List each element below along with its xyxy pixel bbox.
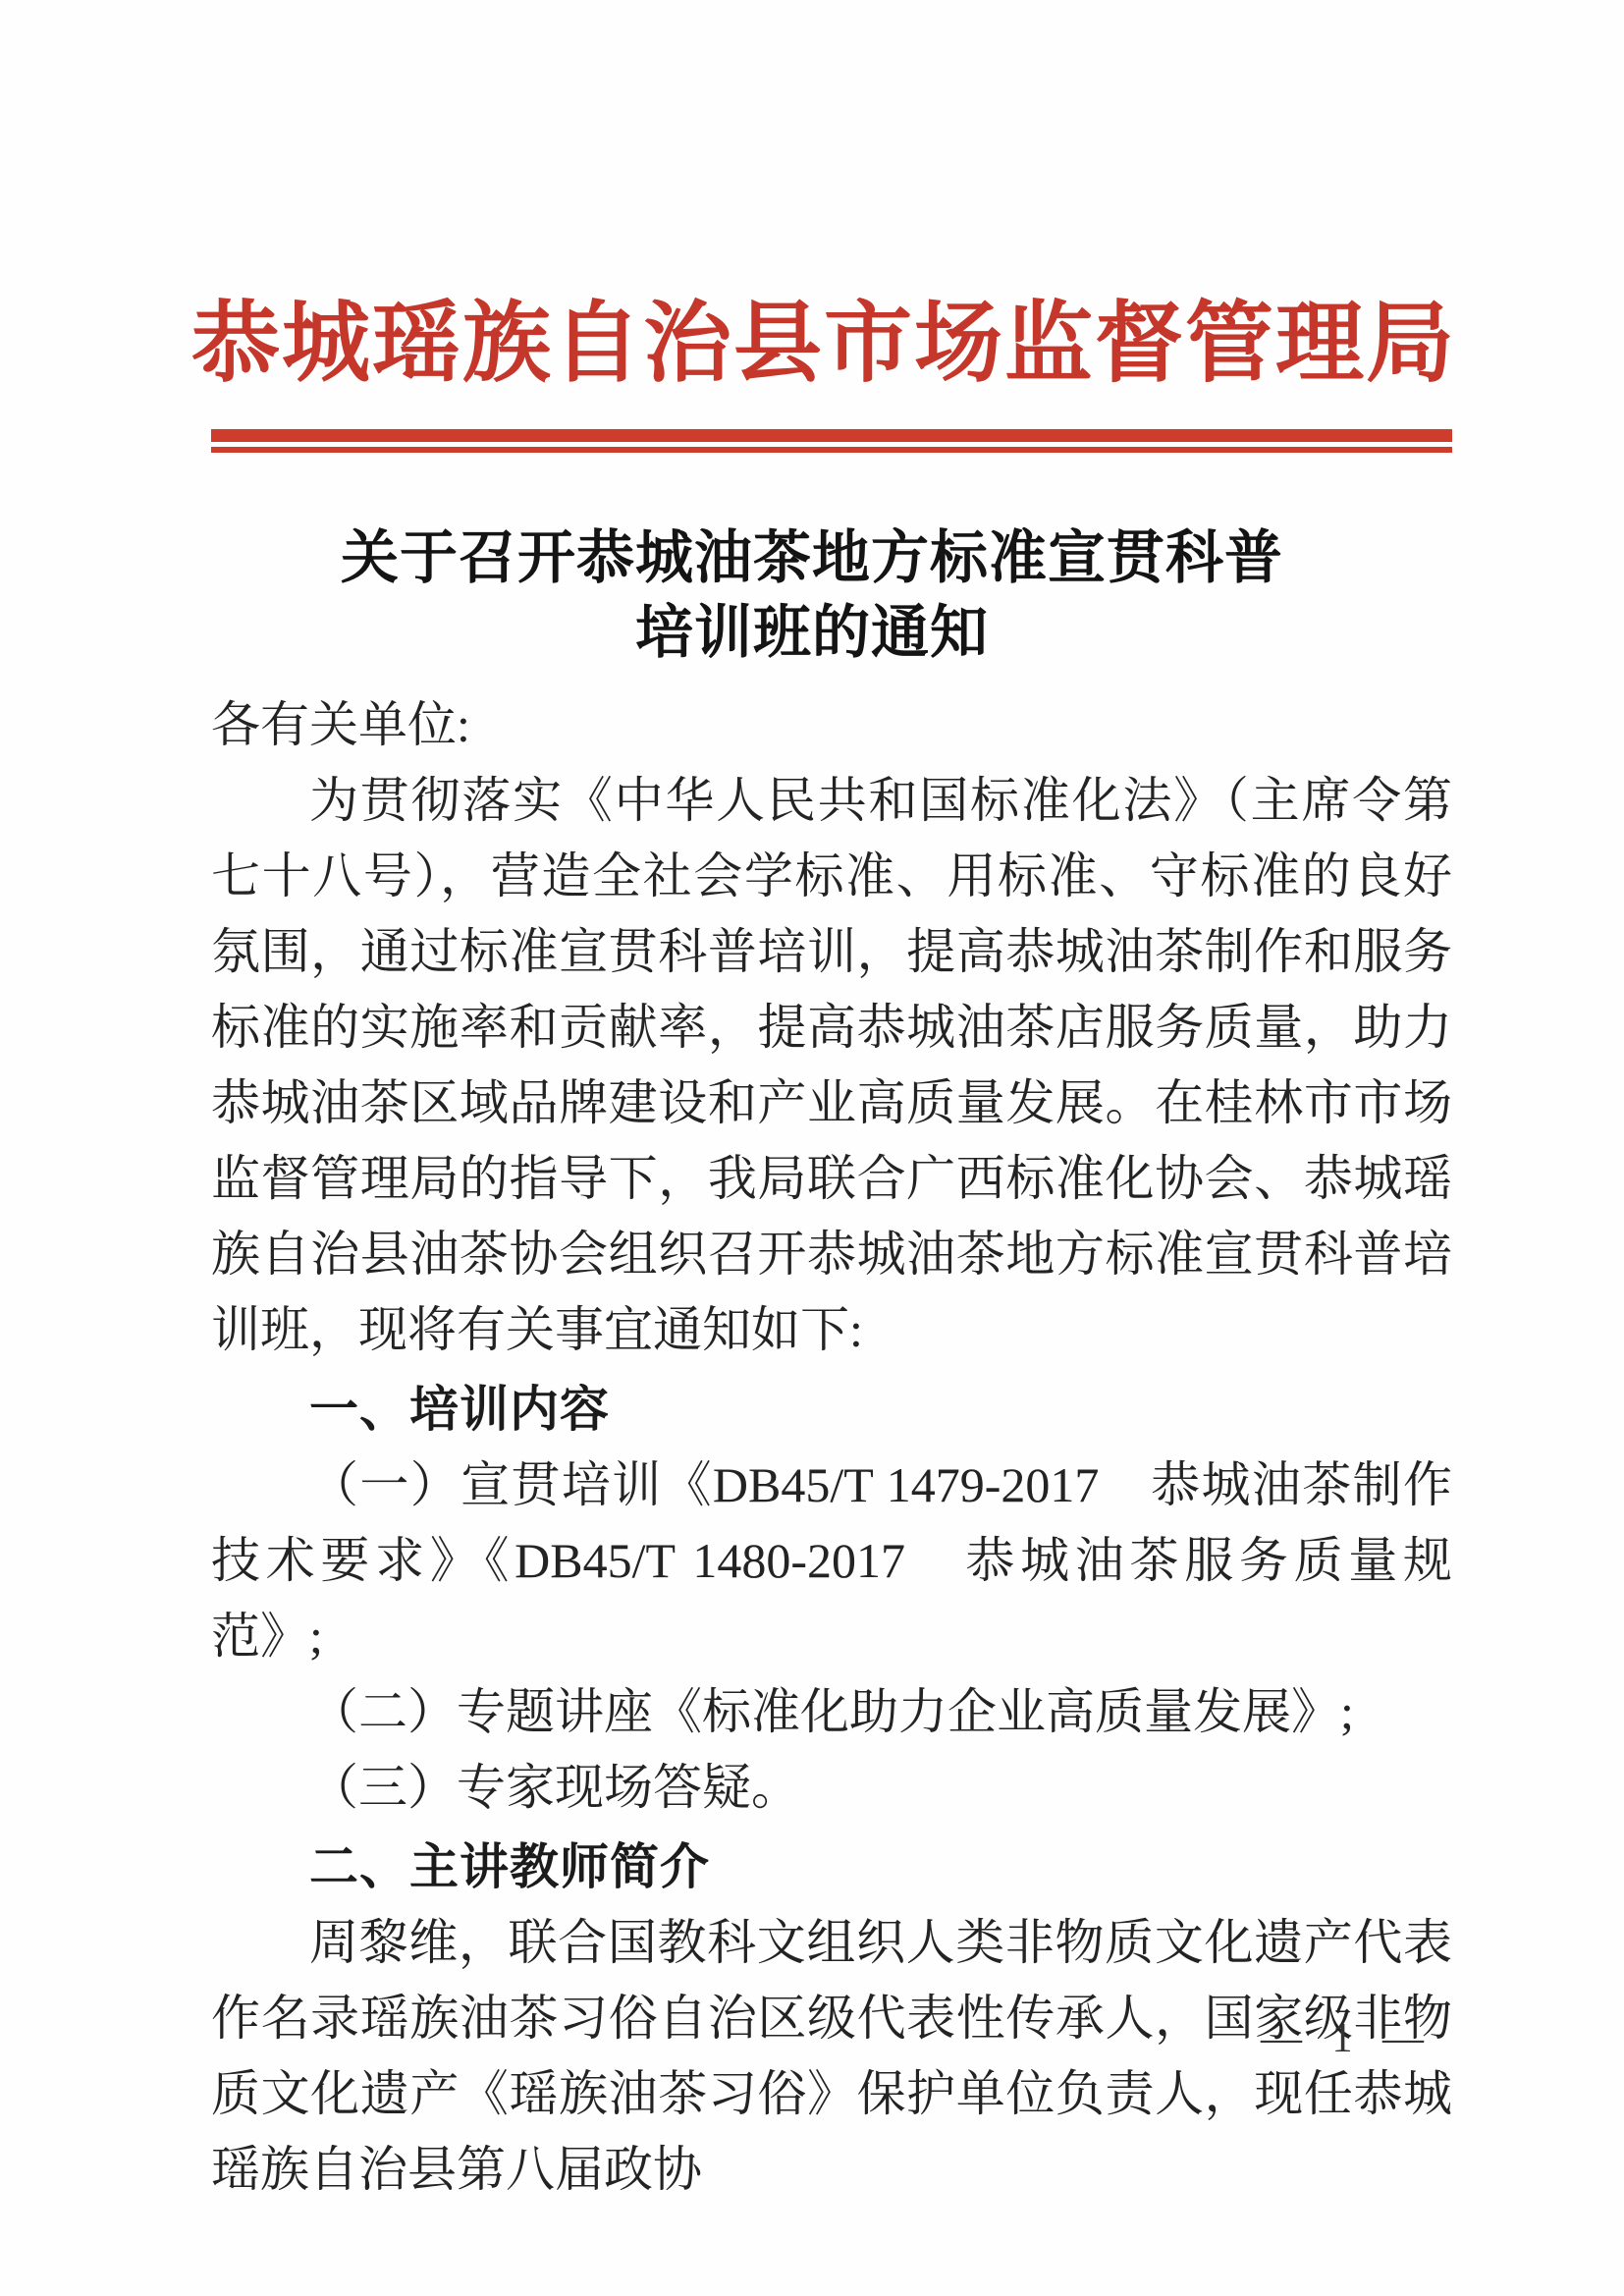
agency-letterhead: 恭城瑶族自治县市场监督管理局 — [191, 291, 1433, 399]
training-item-2: （二）专题讲座《标准化助力企业高质量发展》; — [211, 1674, 1452, 1750]
document-title: 关于召开恭城油茶地方标准宣贯科普 培训班的通知 — [0, 520, 1624, 670]
training-item-1: （一）宣贯培训《DB45/T 1479-2017 恭城油茶制作技术要求》《DB4… — [211, 1448, 1452, 1674]
document-page: 恭城瑶族自治县市场监督管理局 关于召开恭城油茶地方标准宣贯科普 培训班的通知 各… — [0, 0, 1624, 2296]
document-body: 各有关单位: 为贯彻落实《中华人民共和国标准化法》（主席令第七十八号），营造全社… — [211, 687, 1452, 2208]
document-title-line-2: 培训班的通知 — [0, 595, 1624, 670]
document-title-line-1: 关于召开恭城油茶地方标准宣贯科普 — [0, 520, 1624, 595]
page-number: — 1 — — [1210, 2015, 1485, 2062]
letterhead-rule-thick — [211, 429, 1452, 442]
training-item-3: （三）专家现场答疑。 — [211, 1750, 1452, 1826]
opening-paragraph: 为贯彻落实《中华人民共和国标准化法》（主席令第七十八号），营造全社会学标准、用标… — [211, 763, 1452, 1368]
letterhead-rule-thin — [211, 447, 1452, 453]
salutation: 各有关单位: — [211, 687, 1452, 763]
section-1-heading: 一、培训内容 — [211, 1372, 1452, 1448]
section-2-heading: 二、主讲教师简介 — [211, 1830, 1452, 1905]
